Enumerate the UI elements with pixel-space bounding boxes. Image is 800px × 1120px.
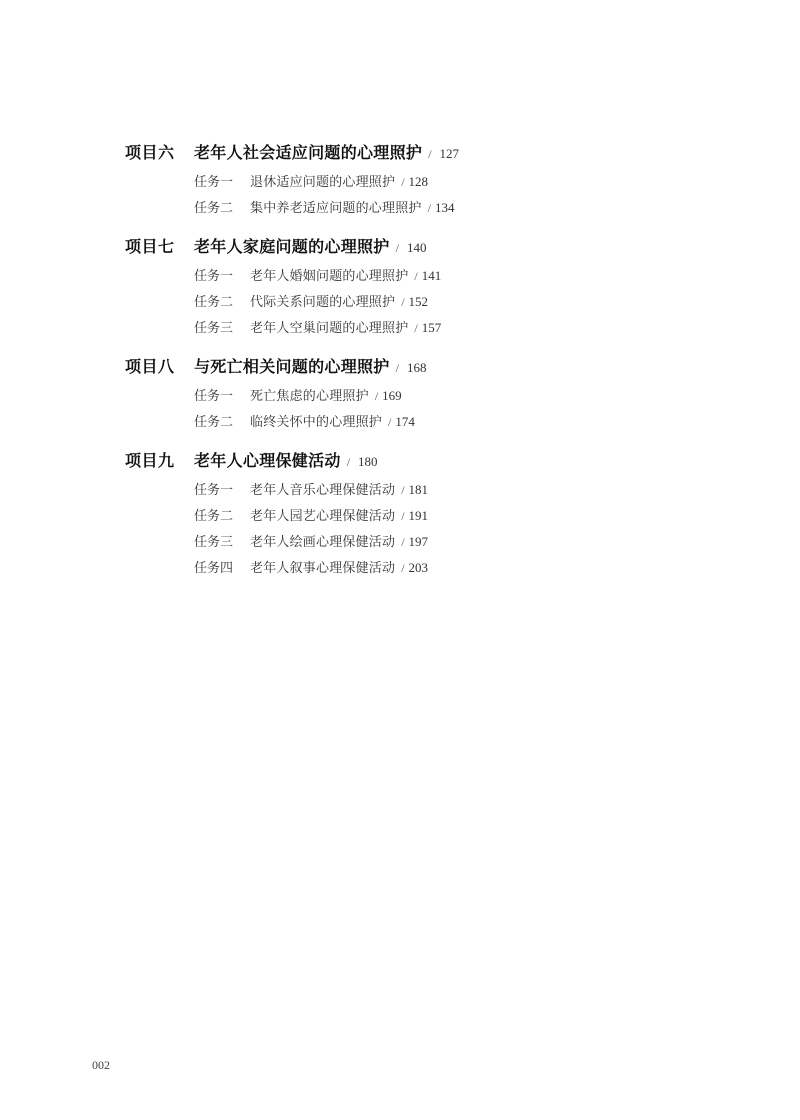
toc-task[interactable]: 任务二 集中养老适应问题的心理照护 / 134 (194, 195, 725, 221)
toc-task[interactable]: 任务一 退休适应问题的心理照护 / 128 (194, 169, 725, 195)
page-separator: / (396, 358, 399, 378)
task-title: 老年人婚姻问题的心理照护 (250, 264, 408, 290)
task-list: 任务一 老年人婚姻问题的心理照护 / 141 任务二 代际关系问题的心理照护 /… (125, 263, 725, 341)
toc-task[interactable]: 任务三 老年人绘画心理保健活动 / 197 (194, 529, 725, 555)
project-heading[interactable]: 项目六 老年人社会适应问题的心理照护 / 127 (125, 143, 725, 163)
page-number: 141 (422, 263, 442, 289)
task-label: 任务一 (194, 478, 250, 504)
task-title: 集中养老适应问题的心理照护 (250, 196, 422, 222)
table-of-contents: 项目六 老年人社会适应问题的心理照护 / 127 任务一 退休适应问题的心理照护… (125, 143, 725, 597)
project-heading[interactable]: 项目八 与死亡相关问题的心理照护 / 168 (125, 357, 725, 377)
page-separator: / (388, 409, 391, 435)
task-list: 任务一 死亡焦虑的心理照护 / 169 任务二 临终关怀中的心理照护 / 174 (125, 383, 725, 435)
task-list: 任务一 老年人音乐心理保健活动 / 181 任务二 老年人园艺心理保健活动 / … (125, 477, 725, 581)
toc-project: 项目九 老年人心理保健活动 / 180 任务一 老年人音乐心理保健活动 / 18… (125, 451, 725, 581)
page-separator: / (401, 477, 404, 503)
page-number: 169 (382, 383, 402, 409)
task-label: 任务二 (194, 196, 250, 222)
project-label: 项目六 (125, 143, 194, 163)
task-title: 临终关怀中的心理照护 (250, 410, 382, 436)
task-label: 任务一 (194, 264, 250, 290)
page-number: 168 (407, 358, 427, 378)
page-separator: / (401, 555, 404, 581)
project-title: 老年人家庭问题的心理照护 (194, 237, 390, 257)
page-separator: / (401, 289, 404, 315)
project-label: 项目七 (125, 237, 194, 257)
task-title: 老年人园艺心理保健活动 (250, 504, 395, 530)
task-title: 老年人绘画心理保健活动 (250, 530, 395, 556)
page-number: 134 (435, 195, 455, 221)
task-label: 任务一 (194, 170, 250, 196)
toc-project: 项目六 老年人社会适应问题的心理照护 / 127 任务一 退休适应问题的心理照护… (125, 143, 725, 221)
task-label: 任务三 (194, 530, 250, 556)
task-title: 老年人空巢问题的心理照护 (250, 316, 408, 342)
toc-task[interactable]: 任务二 老年人园艺心理保健活动 / 191 (194, 503, 725, 529)
task-label: 任务二 (194, 290, 250, 316)
page-separator: / (375, 383, 378, 409)
task-title: 老年人叙事心理保健活动 (250, 556, 395, 582)
page-number: 191 (409, 503, 429, 529)
project-title: 老年人心理保健活动 (194, 451, 341, 471)
project-title: 老年人社会适应问题的心理照护 (194, 143, 422, 163)
toc-task[interactable]: 任务二 临终关怀中的心理照护 / 174 (194, 409, 725, 435)
toc-project: 项目八 与死亡相关问题的心理照护 / 168 任务一 死亡焦虑的心理照护 / 1… (125, 357, 725, 435)
page-number: 174 (395, 409, 415, 435)
page-separator: / (414, 315, 417, 341)
task-label: 任务三 (194, 316, 250, 342)
page-separator: / (396, 238, 399, 258)
toc-task[interactable]: 任务一 老年人婚姻问题的心理照护 / 141 (194, 263, 725, 289)
task-title: 老年人音乐心理保健活动 (250, 478, 395, 504)
task-title: 退休适应问题的心理照护 (250, 170, 395, 196)
project-heading[interactable]: 项目九 老年人心理保健活动 / 180 (125, 451, 725, 471)
toc-task[interactable]: 任务一 死亡焦虑的心理照护 / 169 (194, 383, 725, 409)
page-number: 197 (409, 529, 429, 555)
task-title: 死亡焦虑的心理照护 (250, 384, 369, 410)
project-heading[interactable]: 项目七 老年人家庭问题的心理照护 / 140 (125, 237, 725, 257)
task-label: 任务一 (194, 384, 250, 410)
task-list: 任务一 退休适应问题的心理照护 / 128 任务二 集中养老适应问题的心理照护 … (125, 169, 725, 221)
toc-project: 项目七 老年人家庭问题的心理照护 / 140 任务一 老年人婚姻问题的心理照护 … (125, 237, 725, 341)
page-separator: / (428, 195, 431, 221)
page-number: 157 (422, 315, 442, 341)
toc-task[interactable]: 任务四 老年人叙事心理保健活动 / 203 (194, 555, 725, 581)
task-label: 任务二 (194, 410, 250, 436)
task-title: 代际关系问题的心理照护 (250, 290, 395, 316)
page-separator: / (401, 169, 404, 195)
page-separator: / (401, 503, 404, 529)
toc-task[interactable]: 任务一 老年人音乐心理保健活动 / 181 (194, 477, 725, 503)
page-number: 152 (409, 289, 429, 315)
page-separator: / (428, 144, 431, 164)
page-separator: / (347, 452, 350, 472)
page-number: 128 (409, 169, 429, 195)
page-number: 181 (409, 477, 429, 503)
task-label: 任务四 (194, 556, 250, 582)
project-title: 与死亡相关问题的心理照护 (194, 357, 390, 377)
page-number: 140 (407, 238, 427, 258)
page-number: 180 (358, 452, 378, 472)
page-number: 203 (409, 555, 429, 581)
project-label: 项目九 (125, 451, 194, 471)
toc-task[interactable]: 任务二 代际关系问题的心理照护 / 152 (194, 289, 725, 315)
footer-page-number: 002 (92, 1058, 110, 1073)
page-separator: / (401, 529, 404, 555)
project-label: 项目八 (125, 357, 194, 377)
page-number: 127 (440, 144, 460, 164)
page-separator: / (414, 263, 417, 289)
toc-task[interactable]: 任务三 老年人空巢问题的心理照护 / 157 (194, 315, 725, 341)
task-label: 任务二 (194, 504, 250, 530)
